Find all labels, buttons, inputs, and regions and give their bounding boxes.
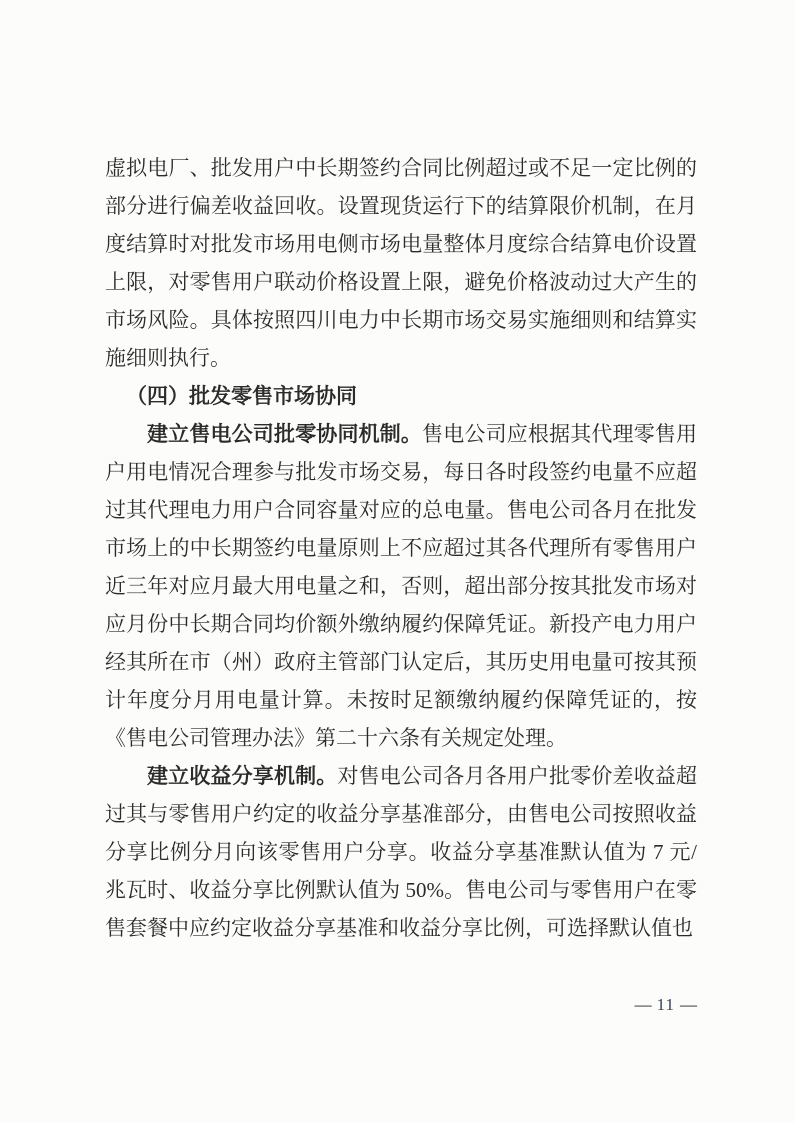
- page-footer: —11—: [105, 995, 697, 1015]
- content-area: 虚拟电厂、批发用户中长期签约合同比例超过或不足一定比例的部分进行偏差收益回收。设…: [105, 149, 697, 947]
- paragraph-lead-bold: 建立售电公司批零协同机制。: [147, 422, 422, 446]
- paragraph-wholesale-retail-coordination: 建立售电公司批零协同机制。售电公司应根据其代理零售用户用电情况合理参与批发市场交…: [105, 415, 697, 757]
- paragraph-body-text: 售电公司应根据其代理零售用户用电情况合理参与批发市场交易，每日各时段签约电量不应…: [105, 422, 697, 750]
- paragraph-lead-bold: 建立收益分享机制。: [147, 764, 337, 788]
- paragraph-body-text: 对售电公司各月各用户批零价差收益超过其与零售用户约定的收益分享基准部分，由售电公…: [105, 764, 697, 940]
- paragraph-revenue-sharing: 建立收益分享机制。对售电公司各月各用户批零价差收益超过其与零售用户约定的收益分享…: [105, 757, 697, 947]
- document-page: 虚拟电厂、批发用户中长期签约合同比例超过或不足一定比例的部分进行偏差收益回收。设…: [0, 0, 794, 1123]
- page-number: 11: [657, 995, 675, 1014]
- footer-dash-left: —: [635, 995, 652, 1014]
- section-heading: （四）批发零售市场协同: [105, 377, 697, 415]
- paragraph-continued-from-previous-page: 虚拟电厂、批发用户中长期签约合同比例超过或不足一定比例的部分进行偏差收益回收。设…: [105, 149, 697, 377]
- footer-dash-right: —: [680, 995, 697, 1014]
